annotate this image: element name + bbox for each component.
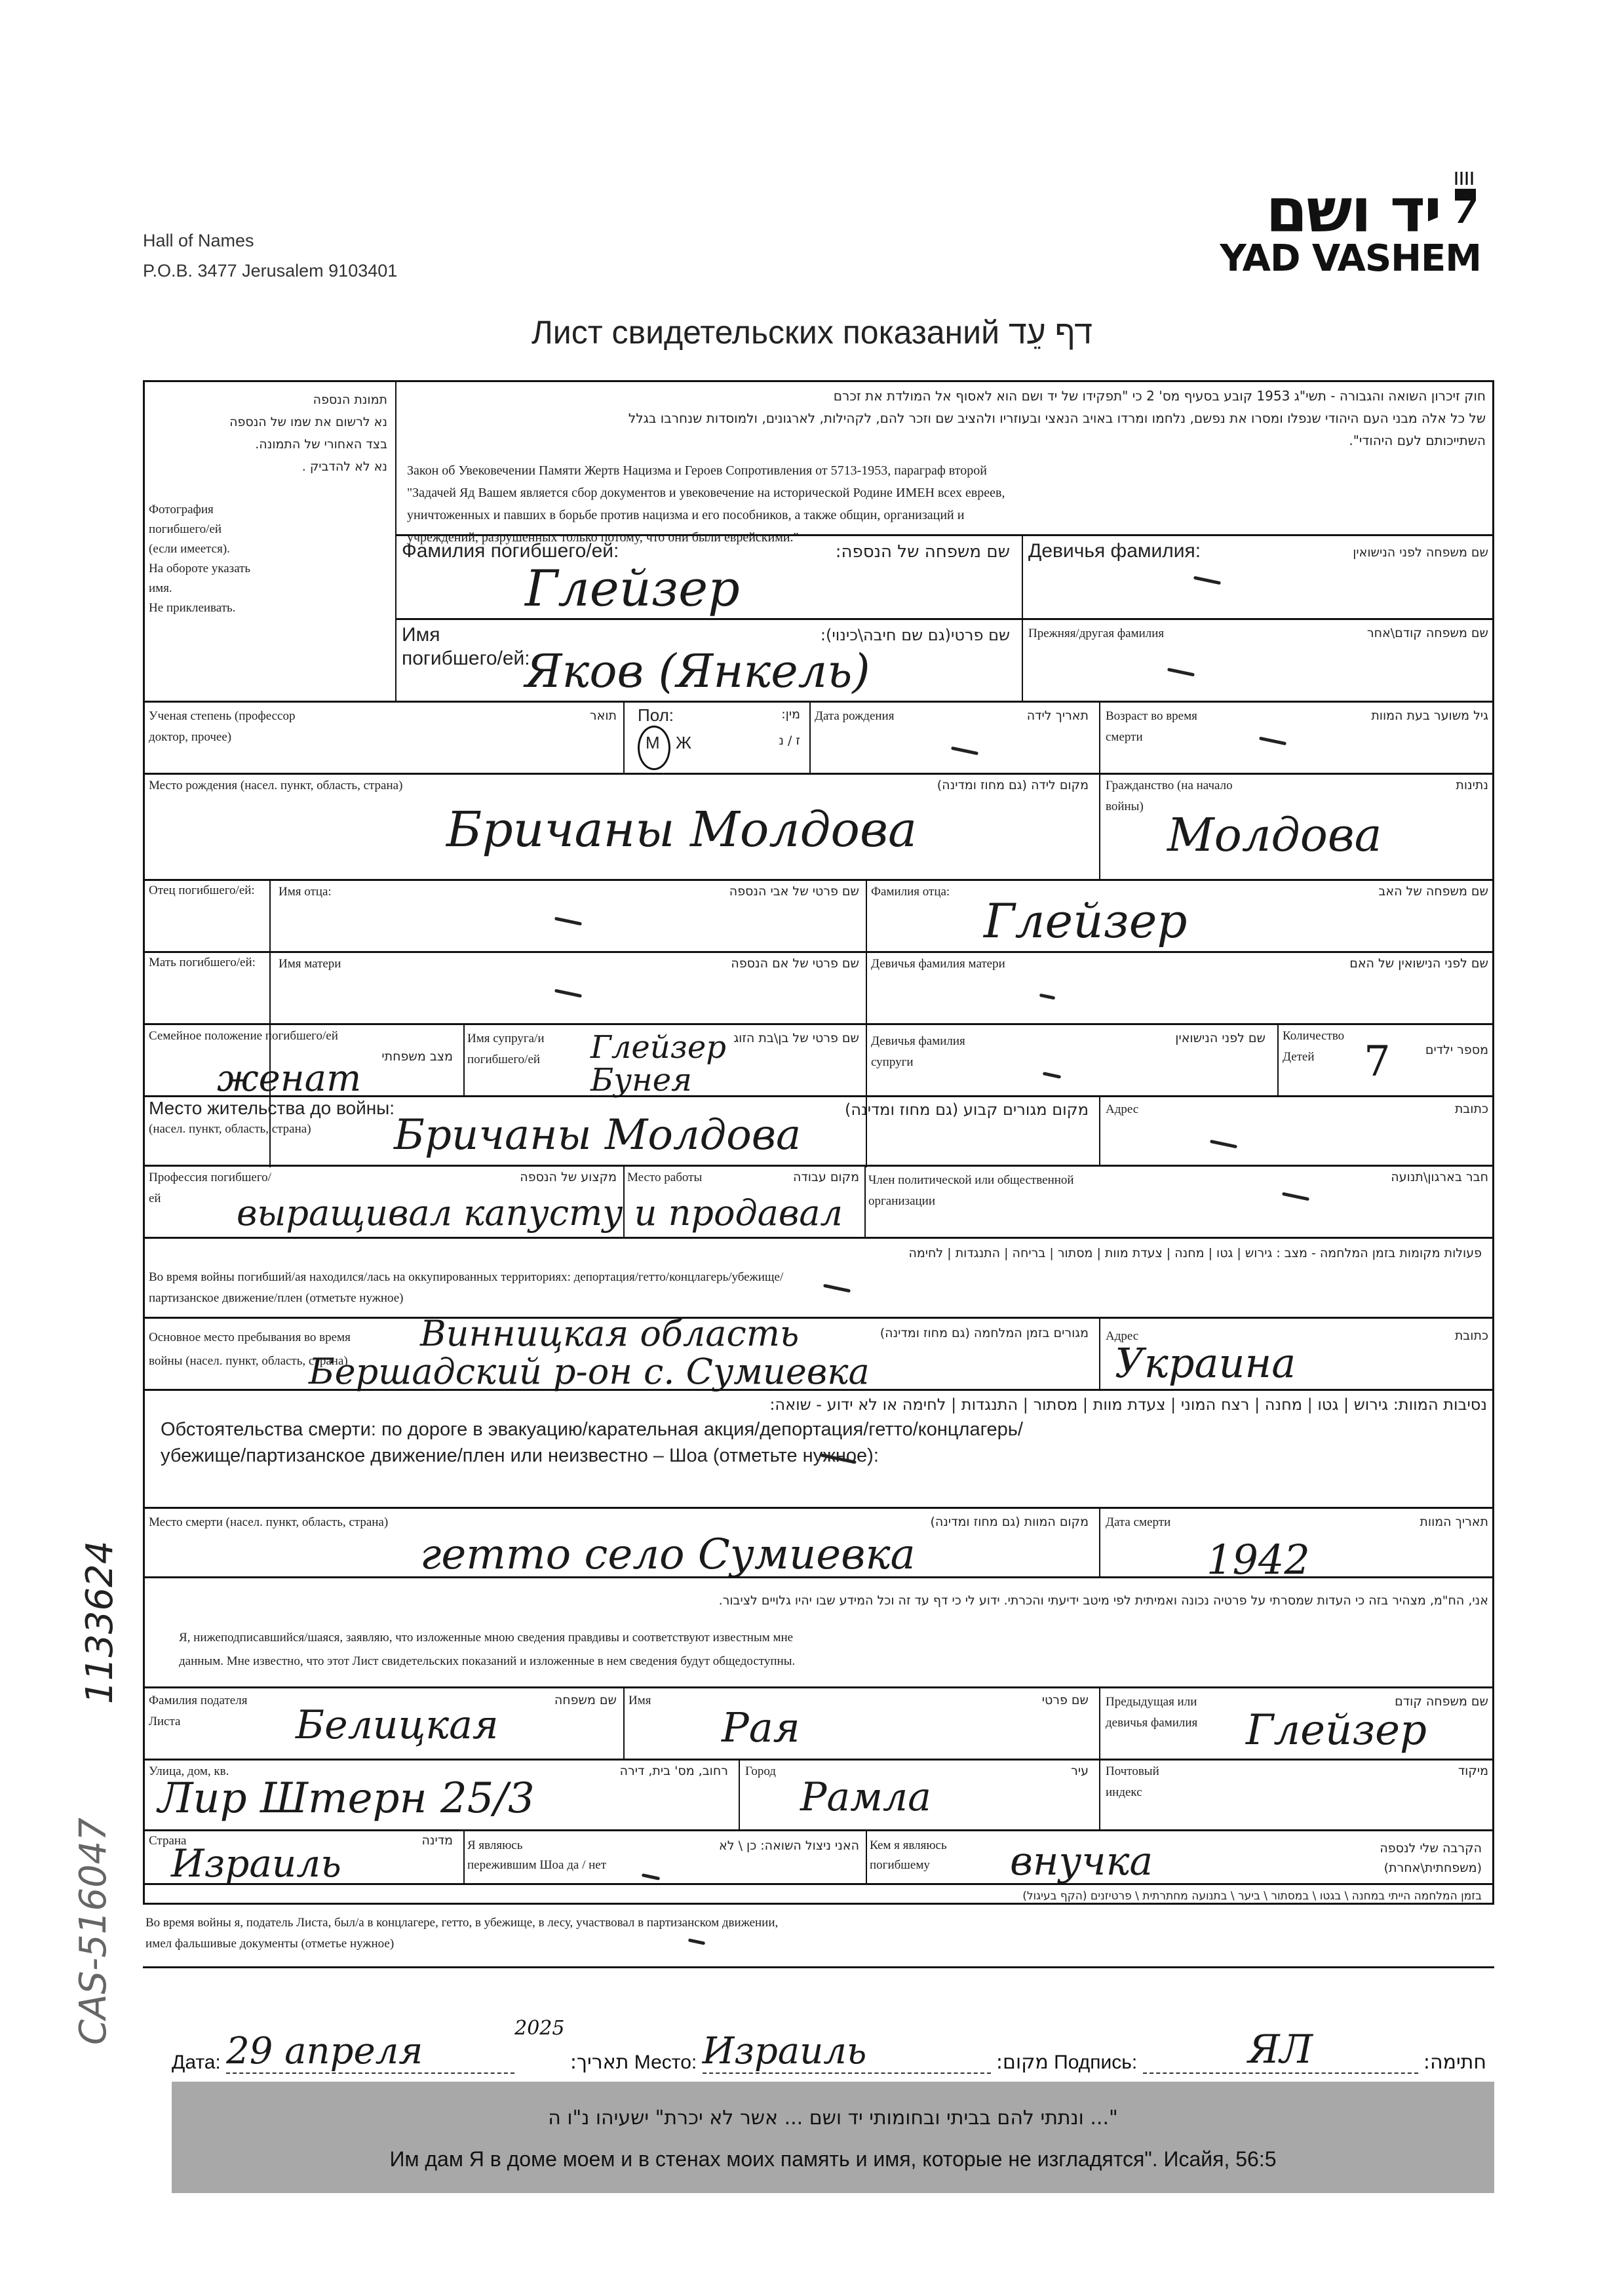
submitter-surname-label-he: שם משפחה bbox=[512, 1693, 617, 1707]
age-at-death-label: Возраст во время смерти bbox=[1106, 706, 1224, 748]
isaiah-quote-banner: "... ונתתי להם בביתי ובחומותי יד ושם ...… bbox=[172, 2082, 1494, 2193]
mother-name-label-he: שם פרטי של אם הנספה bbox=[669, 956, 859, 971]
death-place-value[interactable]: гетто село Сумиевка bbox=[420, 1530, 916, 1579]
gender-options-he: ז / נ bbox=[748, 733, 800, 748]
declaration-he: אני, הח"מ, מצהיר בזה כי העדות שמסרתי על … bbox=[577, 1593, 1488, 1608]
maiden-name-value[interactable] bbox=[1193, 576, 1221, 585]
father-surname-label: Фамилия отца: bbox=[871, 882, 950, 903]
father-section-label: Отец погибшего/ей: bbox=[149, 882, 260, 900]
page-title: Лист свидетельских показаний דף עֵד bbox=[0, 313, 1624, 351]
submitter-first-name-label: Имя bbox=[628, 1690, 651, 1711]
citizenship-label-he: נתינות bbox=[1390, 778, 1488, 792]
relation-label: Кем я являюсь погибшему bbox=[870, 1836, 981, 1875]
submitter-war-label-he: בזמן המלחמה הייתי במחנה \ בגטו \ במסתור … bbox=[800, 1890, 1482, 1903]
residence-label: Место жительства до войны: bbox=[149, 1097, 395, 1120]
wartime-status-label-ru-2: партизанское движение/плен (отметьте нуж… bbox=[149, 1288, 403, 1309]
gender-label-he: מין: bbox=[735, 707, 800, 722]
children-count-label: Количество Детей bbox=[1283, 1026, 1361, 1068]
spouse-maiden-value[interactable] bbox=[1043, 1072, 1061, 1079]
submitter-country-value[interactable]: Израиль bbox=[171, 1841, 341, 1886]
victim-surname-value[interactable]: Глейзер bbox=[525, 559, 740, 617]
residence-address-label: Адрес bbox=[1106, 1099, 1138, 1120]
testimony-form: תמונת הנספהנא לרשום את שמו של הנספהבצד ה… bbox=[143, 380, 1494, 1905]
birth-place-value[interactable]: Бричаны Молдова bbox=[446, 802, 917, 858]
submitter-city-label-he: עיר bbox=[1049, 1764, 1089, 1778]
submitter-surname-value[interactable]: Белицкая bbox=[296, 1702, 499, 1748]
survivor-label-he: האני ניצול השואה: כן \ לא bbox=[682, 1839, 859, 1853]
death-circumstances-label-ru-1: Обстоятельства смерти: по дороге в эваку… bbox=[161, 1418, 1023, 1441]
children-count-value[interactable]: 7 bbox=[1364, 1038, 1391, 1086]
residence-sublabel: (насел. пункт, область, страна) bbox=[149, 1119, 311, 1140]
title-degree-label-he: תואר bbox=[571, 709, 617, 723]
date-year[interactable]: 2025 bbox=[514, 2017, 564, 2040]
residence-value[interactable]: Бричаны Молдова bbox=[394, 1111, 801, 1159]
submitter-city-value[interactable]: Рамла bbox=[800, 1774, 931, 1820]
signature-label-he: :חתימה bbox=[1423, 2051, 1486, 2074]
place-value[interactable]: Израиль bbox=[703, 2030, 991, 2074]
side-ref-number: 1133624 bbox=[79, 1541, 121, 1704]
victim-first-name-label-he: שם פרטי(גם שם חיבה\כינוי): bbox=[722, 626, 1010, 644]
war-place-label-he: מגורים בזמן המלחמה (גם מחוז ומדינה) bbox=[800, 1326, 1089, 1340]
mother-maiden-label: Девичья фамилия матери bbox=[871, 954, 1005, 975]
death-place-label-he: מקום המוות (גם מחוז ומדינה) bbox=[800, 1515, 1089, 1529]
title-degree-label: Ученая степень (профессор доктор, прочее… bbox=[149, 706, 332, 748]
org-address: P.O.B. 3477 Jerusalem 9103401 bbox=[143, 261, 397, 281]
organization-value[interactable] bbox=[1282, 1192, 1309, 1201]
children-count-label-he: מספר ילדים bbox=[1410, 1043, 1488, 1057]
photo-box-ru: Фотографияпогибшего/ей(если имеется).На … bbox=[149, 500, 250, 618]
declaration-ru-2: данным. Мне известно, что этот Лист свид… bbox=[179, 1651, 795, 1672]
mother-maiden-value[interactable] bbox=[1039, 994, 1056, 1000]
relation-label-he: הקרבה שלי לנספה (משפחתית\אחרת) bbox=[1324, 1839, 1482, 1878]
submitter-first-name-value[interactable]: Рая bbox=[722, 1703, 800, 1751]
marital-status-label-he: מצב משפחתי bbox=[361, 1049, 453, 1064]
birth-date-label: Дата рождения bbox=[815, 706, 906, 727]
side-case-number: CAS-516047 bbox=[72, 1818, 115, 2045]
spouse-name-label: Имя супруга/и погибшего/ей bbox=[467, 1028, 598, 1070]
profession-label-he: מקצוע של הנספה bbox=[459, 1170, 617, 1184]
death-place-label: Место смерти (насел. пункт, область, стр… bbox=[149, 1512, 388, 1533]
submitter-city-label: Город bbox=[745, 1761, 776, 1782]
relation-value[interactable]: внучка bbox=[1010, 1839, 1153, 1884]
maiden-name-label: Девичья фамилия: bbox=[1028, 539, 1201, 563]
death-circumstances-label-ru-2: убежище/партизанское движение/плен или н… bbox=[161, 1444, 879, 1468]
signature-row: Дата: 29 апреля2025 :תאריך Место: Израил… bbox=[172, 2027, 1486, 2074]
father-name-value[interactable] bbox=[554, 917, 582, 926]
mother-name-value[interactable] bbox=[554, 989, 582, 998]
residence-address-value[interactable] bbox=[1210, 1140, 1237, 1149]
date-label-he: :תאריך bbox=[570, 2051, 629, 2074]
victim-first-name-label: Имя погибшего/ей: bbox=[402, 623, 533, 671]
submitter-postal-label: Почтовый индекс bbox=[1106, 1761, 1184, 1803]
photo-box-he: תמונת הנספהנא לרשום את שמו של הנספהבצד ה… bbox=[145, 389, 387, 478]
submitter-prev-name-value[interactable]: Глейзер bbox=[1246, 1706, 1427, 1755]
spouse-maiden-label-he: שם לפני הנישואין bbox=[1128, 1031, 1266, 1045]
residence-address-label-he: כתובת bbox=[1423, 1102, 1488, 1116]
mother-name-label: Имя матери bbox=[279, 954, 341, 975]
age-at-death-value[interactable] bbox=[1259, 737, 1286, 746]
place-label: Место: bbox=[634, 2052, 697, 2073]
age-at-death-label-he: גיל משוער בעת המוות bbox=[1324, 709, 1488, 723]
date-label: Дата: bbox=[172, 2052, 221, 2073]
org-name: Hall of Names bbox=[143, 231, 254, 251]
submitter-country-label-he: מדינה bbox=[394, 1833, 453, 1848]
submitter-war-value[interactable] bbox=[688, 1938, 705, 1945]
victim-surname-label-he: שם משפחה של הנספה: bbox=[735, 542, 1010, 562]
death-circumstances-label-he: נסיבות המוות: גירוש | גטו | מחנה | רצח ה… bbox=[538, 1395, 1487, 1414]
organization-label-he: חבר בארגון\תנועה bbox=[1357, 1170, 1488, 1184]
logo-hebrew: יד ושם bbox=[1266, 176, 1440, 246]
gender-option-female[interactable]: Ж bbox=[676, 731, 691, 754]
submitter-first-name-label-he: שם פרטי bbox=[997, 1693, 1089, 1707]
spouse-name-value[interactable]: ГлейзерБунея bbox=[590, 1031, 726, 1097]
citizenship-value[interactable]: Молдова bbox=[1167, 808, 1382, 862]
war-place-address-value[interactable]: Украина bbox=[1115, 1339, 1296, 1387]
birth-place-label-he: מקום לידה (גם מחוז ומדינה) bbox=[800, 778, 1089, 792]
father-surname-label-he: שם משפחה של האב bbox=[1324, 884, 1488, 899]
quote-hebrew: "... ונתתי להם בביתי ובחומותי יד ושם ...… bbox=[172, 2107, 1494, 2130]
logo-english: YAD VASHEM bbox=[1220, 237, 1481, 280]
submitter-street-value[interactable]: Лир Штерн 25/3 bbox=[158, 1774, 535, 1823]
marital-status-label: Семейное положение погибшего/ей bbox=[149, 1026, 345, 1047]
place-label-he: :מקום bbox=[996, 2051, 1049, 2074]
gender-selected-circle bbox=[638, 726, 670, 770]
submitter-street-label-he: רחוב, מס' בית, דירה bbox=[538, 1764, 728, 1778]
father-name-label: Имя отца: bbox=[279, 882, 332, 903]
organization-label: Член политической или общественной орган… bbox=[868, 1170, 1091, 1212]
war-place-value-1[interactable]: Винницкая область bbox=[420, 1313, 799, 1354]
survivor-label: Я являюсьпережившим Шоа да / нет bbox=[467, 1836, 606, 1875]
prev-name-value[interactable] bbox=[1167, 668, 1195, 677]
wartime-status-label-he: פעולות מקומות בזמן המלחמה - מצב : גירוש … bbox=[604, 1246, 1482, 1260]
victim-first-name-value[interactable]: Яков (Янкель) bbox=[525, 644, 870, 698]
birth-date-label-he: תאריך לידה bbox=[997, 709, 1089, 723]
spouse-maiden-label: Девичья фамилия супруги bbox=[871, 1031, 1002, 1073]
mother-maiden-label-he: שם לפני הנישואין של האם bbox=[1285, 956, 1488, 971]
submitter-surname-label: Фамилия подателя Листа bbox=[149, 1690, 280, 1732]
mother-section-label: Мать погибшего/ей: bbox=[149, 954, 260, 972]
declaration-ru-1: Я, нижеподписавшийся/шаяся, заявляю, что… bbox=[179, 1627, 793, 1648]
quote-russian: Им дам Я в доме моем и в стенах моих пам… bbox=[172, 2147, 1494, 2171]
death-date-label-he: תאריך המוות bbox=[1357, 1515, 1488, 1529]
survivor-value[interactable] bbox=[642, 1873, 660, 1880]
workplace-label: Место работы bbox=[627, 1167, 702, 1188]
gender-label: Пол: bbox=[638, 703, 674, 727]
submitter-war-label-ru-2: имел фальшивые документы (отметье нужное… bbox=[145, 1934, 394, 1955]
birth-date-value[interactable] bbox=[951, 747, 978, 756]
maiden-name-label-he: שם משפחה לפני הנישואין bbox=[1324, 542, 1488, 563]
submitter-postal-label-he: מיקוד bbox=[1390, 1764, 1488, 1778]
signature-value[interactable]: ЯЛ bbox=[1143, 2027, 1418, 2074]
form-bottom-border bbox=[143, 1966, 1494, 1968]
wartime-status-value[interactable] bbox=[823, 1284, 851, 1293]
prev-name-label-he: שם משפחה קודם\אחר bbox=[1324, 626, 1488, 640]
wartime-status-label-ru-1: Во время войны погибший/ая находился/лас… bbox=[149, 1267, 783, 1288]
date-value[interactable]: 29 апреля bbox=[226, 2030, 514, 2074]
workplace-label-he: מקום עבודה bbox=[774, 1170, 859, 1184]
war-place-address-label-he: כתובת bbox=[1423, 1329, 1488, 1343]
father-surname-value[interactable]: Глейзер bbox=[984, 893, 1187, 948]
submitter-prev-name-label: Предыдущая или девичья фамилия bbox=[1106, 1692, 1237, 1734]
law-text-he: חוק זיכרון השואה והגבורה - תשי"ג 1953 קו… bbox=[402, 385, 1486, 452]
marital-status-value[interactable]: женат bbox=[217, 1057, 361, 1100]
birth-place-label: Место рождения (насел. пункт, область, с… bbox=[149, 775, 411, 796]
war-place-value-2[interactable]: Бершадский р-он с. Сумиевка bbox=[309, 1351, 870, 1392]
prev-name-label: Прежняя/другая фамилия bbox=[1028, 623, 1164, 644]
death-date-label: Дата смерти bbox=[1106, 1512, 1170, 1533]
submitter-war-label-ru-1: Во время войны я, податель Листа, был/а … bbox=[145, 1913, 778, 1934]
profession-value[interactable]: выращивал капусту и продавал bbox=[237, 1192, 843, 1234]
signature-label: Подпись: bbox=[1054, 2052, 1137, 2073]
yad-vashem-flame-icon bbox=[1452, 172, 1480, 231]
spouse-name-label-he: שם פרטי של בן\בת הזוג bbox=[708, 1031, 859, 1045]
father-name-label-he: שם פרטי של אבי הנספה bbox=[669, 884, 859, 899]
